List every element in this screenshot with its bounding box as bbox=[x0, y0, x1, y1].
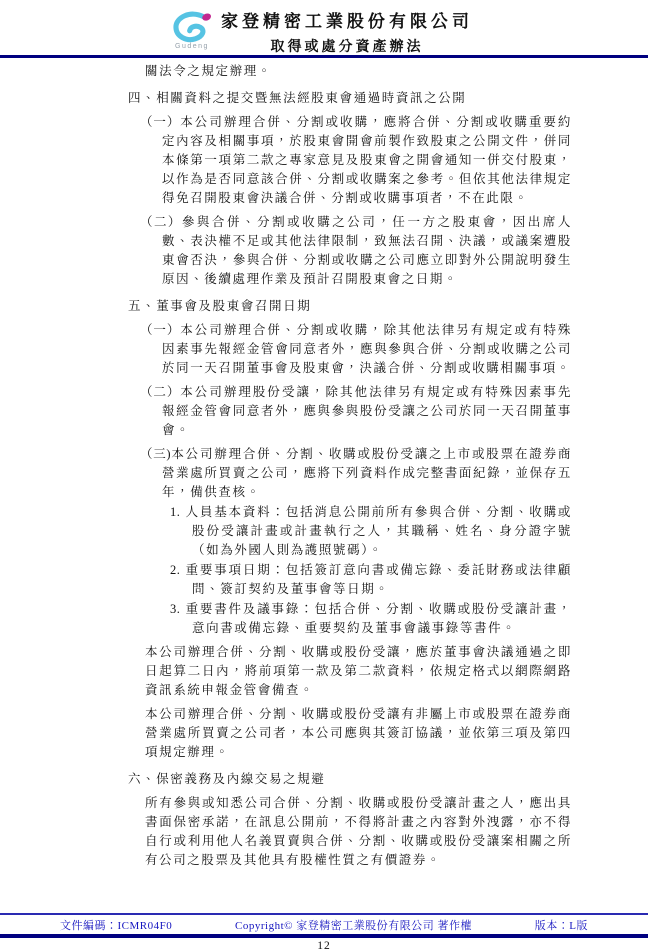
list-marker: （二） bbox=[140, 385, 180, 399]
paragraph: 關法令之規定辦理。 bbox=[145, 62, 572, 81]
document-page: Gudeng 家登精密工業股份有限公司 取得或處分資產辦法 關法令之規定辦理。四… bbox=[0, 0, 648, 952]
version-label: 版本：L版 bbox=[535, 917, 588, 933]
list-marker: （二） bbox=[140, 215, 182, 229]
paragraph: 2.重要事項日期：包括簽訂意向書或備忘錄、委託財務或法律顧問、簽訂契約及董事會等… bbox=[128, 561, 572, 599]
list-marker: （一） bbox=[140, 323, 180, 337]
list-marker: 2. bbox=[170, 563, 180, 577]
section-heading: 四、相關資料之提交暨無法經股東會通過時資訊之公開 bbox=[128, 89, 572, 108]
company-name: 家登精密工業股份有限公司 bbox=[46, 7, 648, 32]
list-marker: （三) bbox=[140, 447, 171, 461]
gudeng-logo-icon bbox=[169, 10, 215, 44]
paragraph: 本公司辦理合併、分割、收購或股份受讓，應於董事會決議通過之即日起算二日內，將前項… bbox=[145, 643, 572, 700]
paragraph: 1.人員基本資料：包括消息公開前所有參與合併、分割、收購或股份受讓計畫或計畫執行… bbox=[128, 503, 572, 560]
gudeng-logo: Gudeng bbox=[164, 10, 220, 50]
footer-row: 文件編碼：ICMR04F0 Copyright© 家登精密工業股份有限公司 著作… bbox=[0, 915, 648, 934]
document-footer: 文件編碼：ICMR04F0 Copyright© 家登精密工業股份有限公司 著作… bbox=[0, 913, 648, 952]
paragraph: （二）參與合併、分割或收購之公司，任一方之股東會，因出席人數、表決權不足或其他法… bbox=[128, 213, 572, 289]
header-divider bbox=[0, 55, 648, 58]
paragraph: （一）本公司辦理合併、分割或收購，除其他法律另有規定或有特殊因素事先報經金管會同… bbox=[128, 321, 572, 378]
copyright-text: Copyright© 家登精密工業股份有限公司 著作權 bbox=[235, 917, 472, 933]
section-heading: 六、保密義務及內線交易之規避 bbox=[128, 770, 572, 789]
paragraph: （一）本公司辦理合併、分割或收購，應將合併、分割或收購重要約定內容及相關事項，於… bbox=[128, 113, 572, 208]
paragraph: （二）本公司辦理股份受讓，除其他法律另有規定或有特殊因素事先報經金管會同意者外，… bbox=[128, 383, 572, 440]
paragraph: 3.重要書件及議事錄：包括合併、分割、收購或股份受讓計畫，意向書或備忘錄、重要契… bbox=[128, 600, 572, 638]
document-body: 關法令之規定辦理。四、相關資料之提交暨無法經股東會通過時資訊之公開（一）本公司辦… bbox=[128, 62, 572, 870]
list-marker: （一） bbox=[140, 115, 180, 129]
page-number: 12 bbox=[0, 938, 648, 952]
section-heading: 五、董事會及股東會召開日期 bbox=[128, 297, 572, 316]
doc-code: 文件編碼：ICMR04F0 bbox=[60, 917, 172, 933]
document-header: Gudeng 家登精密工業股份有限公司 取得或處分資產辦法 bbox=[0, 7, 648, 56]
document-title: 取得或處分資產辦法 bbox=[46, 36, 648, 56]
list-marker: 3. bbox=[170, 602, 180, 616]
header-titles: 家登精密工業股份有限公司 取得或處分資產辦法 bbox=[46, 7, 648, 56]
list-marker: 1. bbox=[170, 505, 180, 519]
paragraph: （三)本公司辦理合併、分割、收購或股份受讓之上市或股票在證券商營業處所買賣之公司… bbox=[128, 445, 572, 502]
paragraph: 所有參與或知悉公司合併、分割、收購或股份受讓計畫之人，應出具書面保密承諾，在訊息… bbox=[145, 794, 572, 870]
gudeng-logo-text: Gudeng bbox=[164, 43, 220, 50]
paragraph: 本公司辦理合併、分割、收購或股份受讓有非屬上市或股票在證券商營業處所買賣之公司者… bbox=[145, 705, 572, 762]
